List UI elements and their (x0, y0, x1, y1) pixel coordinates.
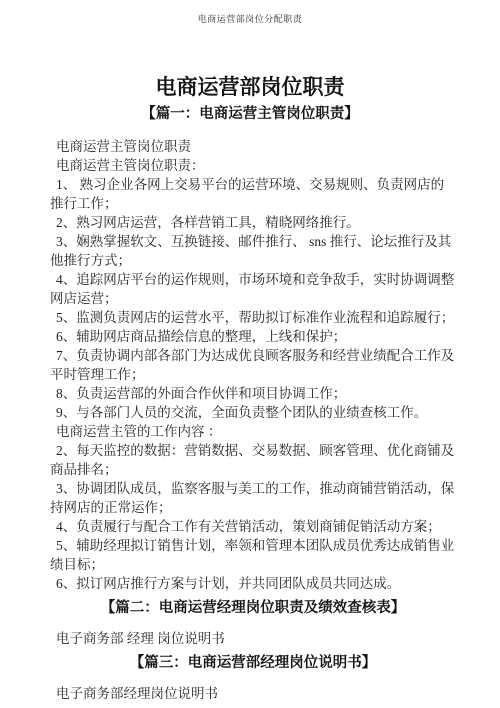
doc-line: 5、辅助经理拟订销售计划，率领和管理本团队成员优秀达成销售业 (50, 536, 456, 555)
doc-line: 3、娴熟掌握软文、互换链接、邮件推行、 sns 推行、论坛推行及其 (50, 232, 456, 251)
doc-line: 5、监测负责网店的运营水平，帮助拟订标准作业流程和追踪履行； (50, 308, 456, 327)
doc-line: 7、负责协调内部各部门为达成优良顾客服务和经营业绩配合工作及 (50, 346, 456, 365)
doc-line: 8、负责运营部的外面合作伙伴和项目协调工作； (50, 384, 456, 403)
doc-line: 平时管理工作； (50, 365, 456, 384)
doc-line: 4、负责履行与配合工作有关营销活动，策划商铺促销活动方案； (50, 517, 456, 536)
doc-line: 绩目标； (50, 555, 456, 574)
doc-line: 网店运营； (50, 289, 456, 308)
doc-line: 电子商务部经理岗位说明书 (50, 684, 456, 703)
document-body: 电商运营主管岗位职责电商运营主管岗位职责：1、 熟习企业各网上交易平台的运营环境… (0, 137, 500, 703)
page-title: 电商运营部岗位职责 (0, 73, 500, 101)
doc-line: 3、协调团队成员，监察客服与美工的工作，推动商铺营销活动，保 (50, 479, 456, 498)
doc-line: 持网店的正常运作； (50, 498, 456, 517)
doc-line: 9、与各部门人员的交流，全面负责整个团队的业绩查核工作。 (50, 403, 456, 422)
doc-line: 推行工作； (50, 194, 456, 213)
doc-line: 4、追踪网店平台的运作规则，市场环境和竞争敌手，实时协调调整 (50, 270, 456, 289)
doc-line: 电商运营主管岗位职责 (50, 137, 456, 156)
doc-line: 商品排名； (50, 460, 456, 479)
doc-line: 电子商务部 经理 岗位说明书 (50, 629, 456, 648)
running-header: 电商运营部岗位分配职责 (0, 0, 500, 25)
section-heading: 【篇三：电商运营部经理岗位说明书】 (50, 653, 456, 673)
section-heading-1: 【篇一：电商运营主管岗位职责】 (0, 104, 500, 124)
doc-line: 他推行方式； (50, 251, 456, 270)
doc-line: 6、辅助网店商品描绘信息的整理，上线和保护； (50, 327, 456, 346)
doc-line: 电商运营主管的工作内容 ： (50, 422, 456, 441)
doc-line: 2、每天监控的数据：营销数据、交易数据、顾客管理、优化商铺及 (50, 441, 456, 460)
section-heading: 【篇二：电商运营经理岗位职责及绩效查核表】 (50, 598, 456, 618)
doc-line: 电商运营主管岗位职责： (50, 156, 456, 175)
document-page: 电商运营部岗位分配职责 电商运营部岗位职责 【篇一：电商运营主管岗位职责】 电商… (0, 0, 500, 708)
doc-line: 1、 熟习企业各网上交易平台的运营环境、交易规则、负责网店的 (50, 175, 456, 194)
doc-line: 6、拟订网店推行方案与计划，并共同团队成员共同达成。 (50, 574, 456, 593)
doc-line: 2、熟习网店运营，各样营销工具，精晓网络推行。 (50, 213, 456, 232)
